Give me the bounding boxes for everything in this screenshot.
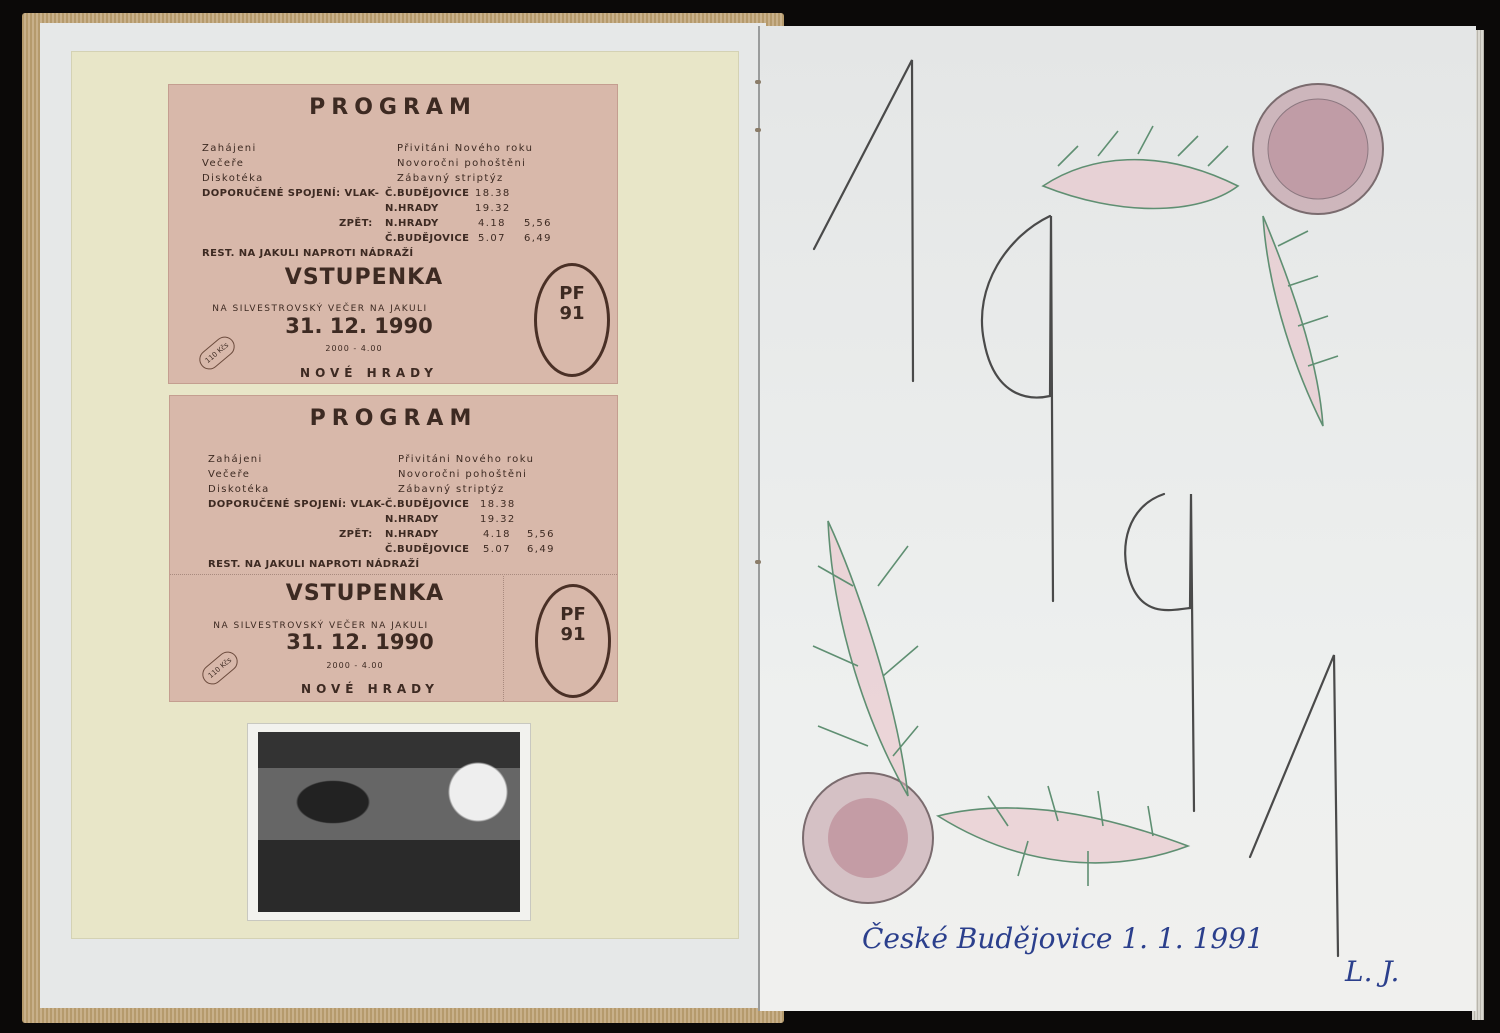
train-time: 19.32: [475, 203, 511, 214]
train-station: Č.BUDĚJOVICE: [385, 233, 469, 244]
train-time: 6,49: [524, 233, 552, 244]
restaurant-note: REST. NA JAKULI NAPROTI NÁDRAŽÍ: [208, 559, 420, 570]
program-label: Večeře: [202, 158, 244, 169]
train-time: 5.07: [478, 233, 506, 244]
train-time: 4.18: [483, 529, 511, 540]
digit-9-icon: [1125, 494, 1194, 811]
connection-label: DOPORUČENÉ SPOJENÍ: VLAK-: [208, 499, 385, 510]
event-place: NOVÉ HRADY: [239, 366, 499, 380]
program-label: Večeře: [208, 469, 250, 480]
train-station: Č.BUDĚJOVICE: [385, 188, 469, 199]
train-station: N.HRADY: [385, 218, 439, 229]
program-title: PROGRAM: [169, 95, 617, 120]
program-value: Novoročni pohoštěni: [397, 158, 526, 169]
train-station: Č.BUDĚJOVICE: [385, 499, 469, 510]
train-time: 6,49: [527, 544, 555, 555]
return-label: ZPĚT:: [339, 529, 373, 540]
pf-text: PF: [559, 283, 585, 304]
program-value: Novoročni pohoštěni: [398, 469, 527, 480]
program-value: Přivitáni Nového roku: [397, 143, 533, 154]
price-stamp: 110 Kčs: [195, 332, 238, 373]
program-value: Přivitáni Nového roku: [398, 454, 534, 465]
train-time: 19.32: [480, 514, 516, 525]
program-value: Zábavný striptýz: [397, 173, 504, 184]
flower-top-right-icon: [1253, 84, 1383, 214]
handwritten-place-date: České Budějovice 1. 1. 1991: [862, 922, 1264, 955]
train-station: N.HRADY: [385, 514, 439, 525]
event-place: NOVÉ HRADY: [240, 682, 500, 696]
train-time: 4.18: [478, 218, 506, 229]
flower-bottom-left-icon: [803, 773, 933, 903]
ticket-title: VSTUPENKA: [244, 265, 484, 290]
digit-9-icon: [982, 216, 1053, 601]
program-value: Zábavný striptýz: [398, 484, 505, 495]
event-date: 31. 12. 1990: [260, 630, 460, 654]
train-station: Č.BUDĚJOVICE: [385, 544, 469, 555]
train-time: 18.38: [480, 499, 516, 510]
event-hours: 2000 - 4.00: [279, 344, 429, 353]
bw-photograph: [248, 724, 530, 920]
program-label: Diskotéka: [202, 173, 264, 184]
digit-1-icon: [1250, 655, 1338, 956]
ticket: PROGRAM Zahájeni Přivitáni Nového roku V…: [169, 85, 617, 383]
year-1991-drawing: [758, 26, 1474, 1011]
perforation-line: [170, 574, 617, 575]
dancer-photo-image: [258, 732, 520, 912]
handwritten-initials: L. J.: [1345, 955, 1399, 988]
train-station: N.HRADY: [385, 203, 439, 214]
program-title: PROGRAM: [170, 406, 617, 431]
pf-year: 91: [560, 624, 585, 645]
connection-label: DOPORUČENÉ SPOJENÍ: VLAK-: [202, 188, 379, 199]
ticket-title: VSTUPENKA: [245, 581, 485, 606]
train-time: 5.07: [483, 544, 511, 555]
pf-ornament: PF91: [534, 263, 610, 377]
train-time: 18.38: [475, 188, 511, 199]
train-time: 5,56: [527, 529, 555, 540]
ticket: PROGRAM Zahájeni Přivitáni Nového roku V…: [170, 396, 617, 701]
train-time: 5,56: [524, 218, 552, 229]
pf-ornament: PF91: [535, 584, 611, 698]
pf-text: PF: [560, 604, 586, 625]
event-hours: 2000 - 4.00: [280, 661, 430, 670]
pf-year: 91: [559, 303, 584, 324]
digit-1-icon: [814, 60, 913, 381]
program-label: Zahájeni: [208, 454, 263, 465]
event-date: 31. 12. 1990: [259, 314, 459, 338]
price-stamp: 110 Kčs: [198, 647, 241, 688]
perforation-line: [503, 576, 504, 701]
ticket-subtitle: NA SILVESTROVSKÝ VEČER NA JAKULI: [175, 304, 465, 314]
return-label: ZPĚT:: [339, 218, 373, 229]
program-label: Zahájeni: [202, 143, 257, 154]
restaurant-note: REST. NA JAKULI NAPROTI NÁDRAŽÍ: [202, 248, 414, 259]
train-station: N.HRADY: [385, 529, 439, 540]
program-label: Diskotéka: [208, 484, 270, 495]
